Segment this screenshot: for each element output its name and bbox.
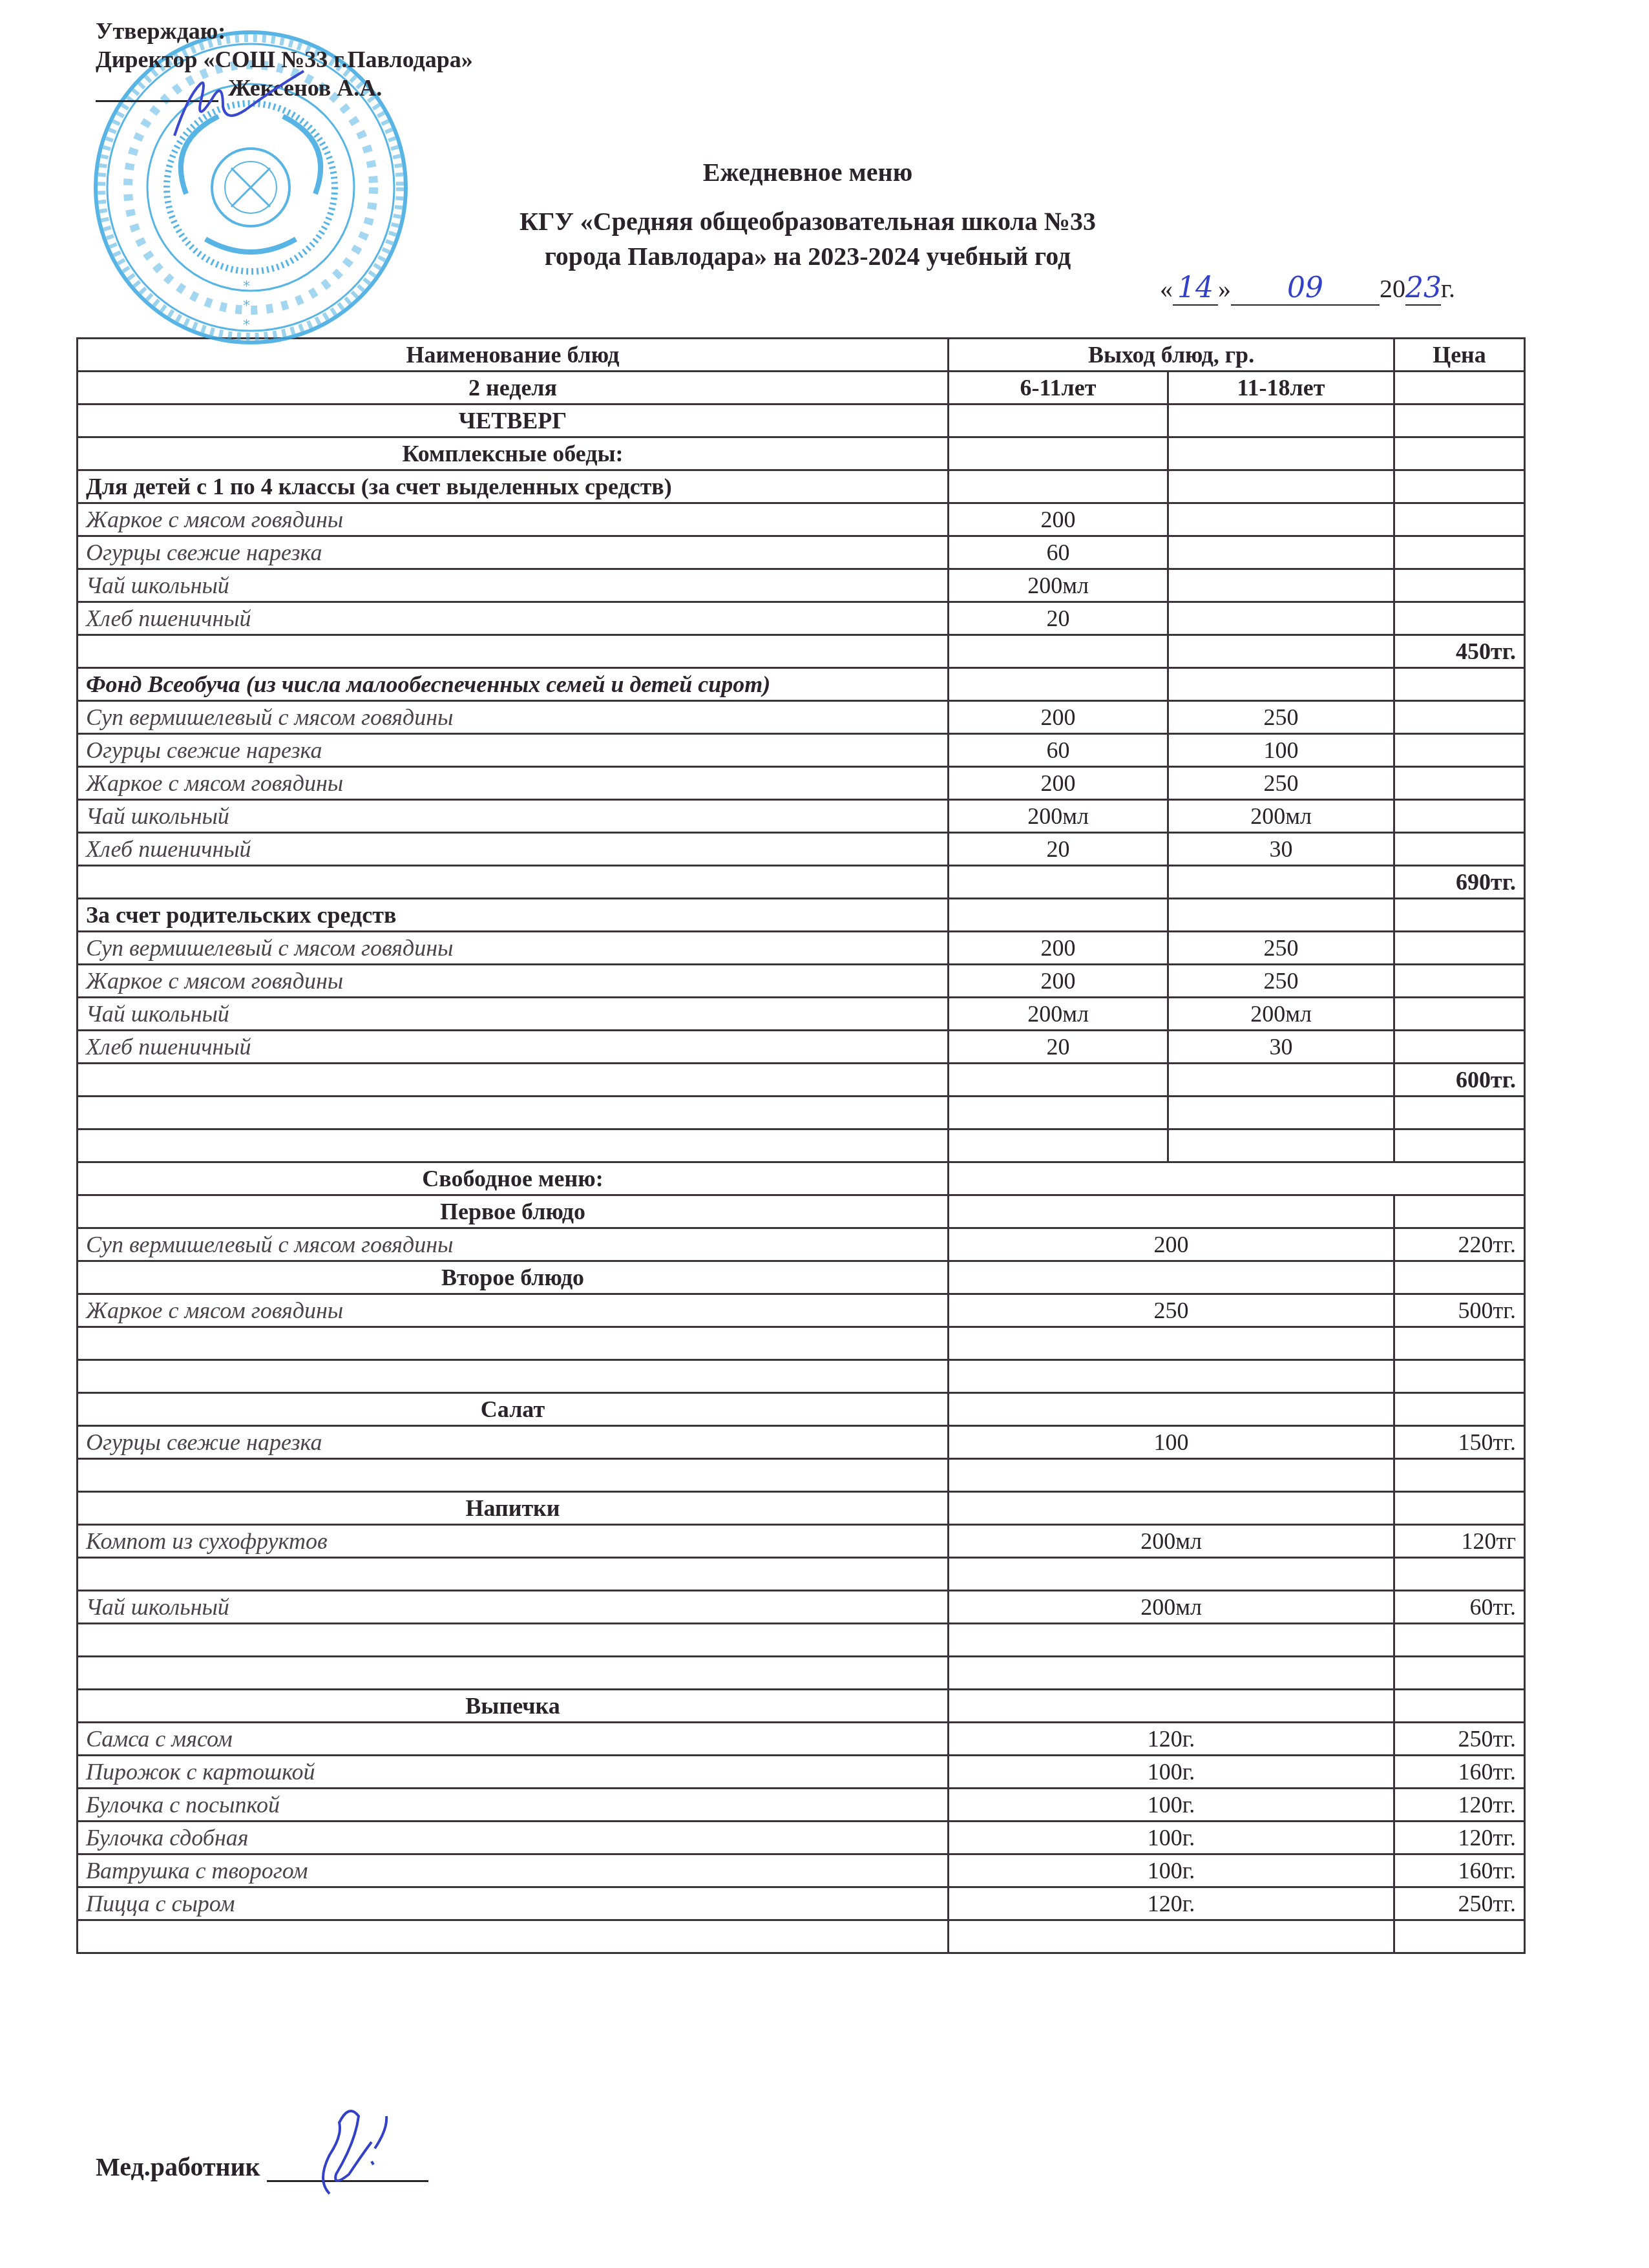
table-row: Суп вермишелевый с мясом говядины200250 [78, 932, 1525, 965]
dish-price: 160тг. [1394, 1756, 1525, 1789]
menu-table: Наименование блюд Выход блюд, гр. Цена 2… [76, 337, 1526, 1954]
table-row [78, 1920, 1525, 1953]
group-title-row: Выпечка [78, 1690, 1525, 1723]
table-row: Суп вермишелевый с мясом говядины200250 [78, 701, 1525, 734]
table-row: Хлеб пшеничный2030 [78, 1031, 1525, 1064]
group-title-row: Первое блюдо [78, 1195, 1525, 1228]
section-title-row: Для детей с 1 по 4 классы (за счет выдел… [78, 470, 1525, 503]
yield-6-11: 60 [949, 536, 1168, 569]
dish-name: Огурцы свежие нарезка [78, 1426, 949, 1459]
dish-yield [949, 1459, 1394, 1492]
dish-price [1394, 1360, 1525, 1393]
complex-title: Комплексные обеды: [78, 437, 949, 470]
table-row: Жаркое с мясом говядины250500тг. [78, 1294, 1525, 1327]
dish-price: 60тг. [1394, 1591, 1525, 1624]
svg-text:*: * [243, 317, 250, 333]
signature-line [96, 81, 218, 102]
dish-yield: 120г. [949, 1723, 1394, 1756]
dish-price: 500тг. [1394, 1294, 1525, 1327]
yield-6-11: 200 [949, 503, 1168, 536]
dish-name: Суп вермишелевый с мясом говядины [78, 932, 949, 965]
title-line-1: Ежедневное меню [388, 155, 1228, 190]
yield-6-11: 200мл [949, 998, 1168, 1031]
dish-name: Хлеб пшеничный [78, 602, 949, 635]
dish-yield [949, 1558, 1394, 1591]
dish-yield [949, 1327, 1394, 1360]
table-row [78, 1558, 1525, 1591]
dish-name [78, 1624, 949, 1657]
dish-price [1394, 1327, 1525, 1360]
section-title-row: Фонд Всеобуча (из числа малообеспеченных… [78, 668, 1525, 701]
table-row: Чай школьный200мл200мл [78, 800, 1525, 833]
title-line-3: города Павлодара» на 2023-2024 учебный г… [388, 239, 1228, 274]
director-signature-row: Жексенов А.А. [96, 74, 473, 102]
table-row: Суп вермишелевый с мясом говядины200220т… [78, 1228, 1525, 1261]
dish-yield: 100г. [949, 1789, 1394, 1822]
director-name: Жексенов А.А. [228, 75, 382, 101]
dish-price: 160тг. [1394, 1854, 1525, 1887]
group-title: Первое блюдо [78, 1195, 949, 1228]
yield-11-18: 30 [1168, 833, 1394, 866]
dish-name: Жаркое с мясом говядины [78, 503, 949, 536]
table-row: Жаркое с мясом говядины200250 [78, 965, 1525, 998]
dish-yield: 120г. [949, 1887, 1394, 1920]
group-title: Второе блюдо [78, 1261, 949, 1294]
header-price: Цена [1394, 339, 1525, 372]
yield-11-18 [1168, 503, 1394, 536]
dish-name: Самса с мясом [78, 1723, 949, 1756]
approve-label: Утверждаю: [96, 17, 473, 45]
dish-name: Суп вермишелевый с мясом говядины [78, 1228, 949, 1261]
header-week: 2 неделя [78, 372, 949, 404]
section-title: Для детей с 1 по 4 классы (за счет выдел… [78, 470, 949, 503]
dish-name: Чай школьный [78, 569, 949, 602]
free-menu-title: Свободное меню: [78, 1162, 949, 1195]
date-year-suffix: 23 [1405, 271, 1441, 306]
yield-6-11: 60 [949, 734, 1168, 767]
dish-name [78, 1459, 949, 1492]
group-title: Напитки [78, 1492, 949, 1525]
header-age-6-11: 6-11лет [949, 372, 1168, 404]
section-total-price: 600тг. [1394, 1064, 1525, 1097]
group-title: Салат [78, 1393, 949, 1426]
table-row: Огурцы свежие нарезка60100 [78, 734, 1525, 767]
section-total-price: 450тг. [1394, 635, 1525, 668]
dish-name [78, 1558, 949, 1591]
dish-name: Пирожок с картошкой [78, 1756, 949, 1789]
header-yield: Выход блюд, гр. [949, 339, 1394, 372]
yield-11-18: 250 [1168, 767, 1394, 800]
signature-line [267, 2157, 428, 2182]
group-title-row: Салат [78, 1393, 1525, 1426]
dish-yield: 200 [949, 1228, 1394, 1261]
yield-11-18: 100 [1168, 734, 1394, 767]
yield-11-18: 250 [1168, 701, 1394, 734]
section-title: Фонд Всеобуча (из числа малообеспеченных… [78, 668, 949, 701]
yield-11-18: 200мл [1168, 800, 1394, 833]
dish-name: Хлеб пшеничный [78, 833, 949, 866]
dish-name: Чай школьный [78, 800, 949, 833]
empty-row [78, 1097, 1525, 1129]
table-row: Огурцы свежие нарезка60 [78, 536, 1525, 569]
table-row: Чай школьный200мл200мл [78, 998, 1525, 1031]
dish-price: 220тг. [1394, 1228, 1525, 1261]
dish-name: Чай школьный [78, 1591, 949, 1624]
dish-price [1394, 1624, 1525, 1657]
yield-11-18: 250 [1168, 965, 1394, 998]
dish-yield: 200мл [949, 1591, 1394, 1624]
header-age-11-18: 11-18лет [1168, 372, 1394, 404]
yield-11-18 [1168, 536, 1394, 569]
group-title-row: Напитки [78, 1492, 1525, 1525]
table-row: Хлеб пшеничный20 [78, 602, 1525, 635]
svg-text:*: * [243, 298, 250, 314]
dish-name: Ватрушка с творогом [78, 1854, 949, 1887]
dish-price: 120тг. [1394, 1822, 1525, 1854]
med-worker-label: Мед.работник [96, 2152, 260, 2181]
dish-name: Пицца с сыром [78, 1887, 949, 1920]
yield-6-11: 200мл [949, 569, 1168, 602]
dish-yield: 250 [949, 1294, 1394, 1327]
table-row: Жаркое с мясом говядины200250 [78, 767, 1525, 800]
dish-yield: 100 [949, 1426, 1394, 1459]
table-row: Ватрушка с творогом100г.160тг. [78, 1854, 1525, 1887]
dish-yield: 200мл [949, 1525, 1394, 1558]
dish-yield [949, 1624, 1394, 1657]
dish-price [1394, 1558, 1525, 1591]
director-line: Директор «СОШ №33 г.Павлодара» [96, 45, 473, 74]
complex-title-row: Комплексные обеды: [78, 437, 1525, 470]
table-row: Огурцы свежие нарезка100150тг. [78, 1426, 1525, 1459]
header-name: Наименование блюд [78, 339, 949, 372]
date-month: 09 [1231, 271, 1380, 306]
dish-name [78, 1657, 949, 1690]
yield-6-11: 200 [949, 767, 1168, 800]
table-row: Жаркое с мясом говядины200 [78, 503, 1525, 536]
table-row: Самса с мясом120г.250тг. [78, 1723, 1525, 1756]
dish-yield: 100г. [949, 1854, 1394, 1887]
section-total-row: 450тг. [78, 635, 1525, 668]
med-worker-signature: Мед.работник [96, 2152, 428, 2182]
empty-row [78, 1129, 1525, 1162]
day-row: ЧЕТВЕРГ [78, 404, 1525, 437]
dish-name: Булочка сдобная [78, 1822, 949, 1854]
table-header-row: Наименование блюд Выход блюд, гр. Цена [78, 339, 1525, 372]
yield-6-11: 200 [949, 932, 1168, 965]
table-row [78, 1327, 1525, 1360]
document-title: Ежедневное меню КГУ «Средняя общеобразов… [388, 155, 1228, 274]
dish-price [1394, 1920, 1525, 1953]
dish-name: Огурцы свежие нарезка [78, 734, 949, 767]
yield-6-11: 200 [949, 965, 1168, 998]
dish-name: Компот из сухофруктов [78, 1525, 949, 1558]
dish-name: Хлеб пшеничный [78, 1031, 949, 1064]
dish-name: Огурцы свежие нарезка [78, 536, 949, 569]
section-title: За счет родительских средств [78, 899, 949, 932]
dish-name: Суп вермишелевый с мясом говядины [78, 701, 949, 734]
section-total-price: 690тг. [1394, 866, 1525, 899]
dish-name: Жаркое с мясом говядины [78, 1294, 949, 1327]
dish-price: 120тг [1394, 1525, 1525, 1558]
table-row [78, 1657, 1525, 1690]
table-row: Пирожок с картошкой100г.160тг. [78, 1756, 1525, 1789]
dish-yield [949, 1657, 1394, 1690]
table-row [78, 1624, 1525, 1657]
dish-yield [949, 1360, 1394, 1393]
title-line-2: КГУ «Средняя общеобразовательная школа №… [388, 204, 1228, 239]
table-row [78, 1459, 1525, 1492]
dish-name [78, 1327, 949, 1360]
dish-price: 120тг. [1394, 1789, 1525, 1822]
yield-6-11: 200 [949, 701, 1168, 734]
dish-yield: 100г. [949, 1822, 1394, 1854]
svg-text:*: * [243, 278, 250, 295]
yield-11-18: 250 [1168, 932, 1394, 965]
dish-name: Чай школьный [78, 998, 949, 1031]
dish-name: Жаркое с мясом говядины [78, 767, 949, 800]
yield-6-11: 20 [949, 602, 1168, 635]
section-title-row: За счет родительских средств [78, 899, 1525, 932]
menu-date: «14»092023г. [1160, 271, 1455, 306]
dish-price: 250тг. [1394, 1887, 1525, 1920]
dish-name [78, 1360, 949, 1393]
yield-11-18: 30 [1168, 1031, 1394, 1064]
dish-yield: 100г. [949, 1756, 1394, 1789]
dish-yield [949, 1920, 1394, 1953]
dish-price [1394, 1657, 1525, 1690]
group-title-row: Второе блюдо [78, 1261, 1525, 1294]
yield-11-18: 200мл [1168, 998, 1394, 1031]
yield-11-18 [1168, 569, 1394, 602]
yield-11-18 [1168, 602, 1394, 635]
section-total-row: 690тг. [78, 866, 1525, 899]
day-label: ЧЕТВЕРГ [78, 404, 949, 437]
dish-price [1394, 1459, 1525, 1492]
table-row: Компот из сухофруктов200мл120тг [78, 1525, 1525, 1558]
dish-name [78, 1920, 949, 1953]
table-row: Чай школьный200мл60тг. [78, 1591, 1525, 1624]
date-day: 14 [1173, 271, 1218, 306]
yield-6-11: 200мл [949, 800, 1168, 833]
yield-6-11: 20 [949, 833, 1168, 866]
approval-block: Утверждаю: Директор «СОШ №33 г.Павлодара… [96, 17, 473, 102]
dish-price: 150тг. [1394, 1426, 1525, 1459]
table-row: Пицца с сыром120г.250тг. [78, 1887, 1525, 1920]
group-title: Выпечка [78, 1690, 949, 1723]
table-row: Чай школьный200мл [78, 569, 1525, 602]
dish-price: 250тг. [1394, 1723, 1525, 1756]
yield-6-11: 20 [949, 1031, 1168, 1064]
table-subheader-row: 2 неделя 6-11лет 11-18лет [78, 372, 1525, 404]
section-total-row: 600тг. [78, 1064, 1525, 1097]
table-row: Булочка с посыпкой100г.120тг. [78, 1789, 1525, 1822]
table-row: Булочка сдобная100г.120тг. [78, 1822, 1525, 1854]
dish-name: Булочка с посыпкой [78, 1789, 949, 1822]
dish-name: Жаркое с мясом говядины [78, 965, 949, 998]
table-row: Хлеб пшеничный2030 [78, 833, 1525, 866]
free-menu-title-row: Свободное меню: [78, 1162, 1525, 1195]
table-row [78, 1360, 1525, 1393]
